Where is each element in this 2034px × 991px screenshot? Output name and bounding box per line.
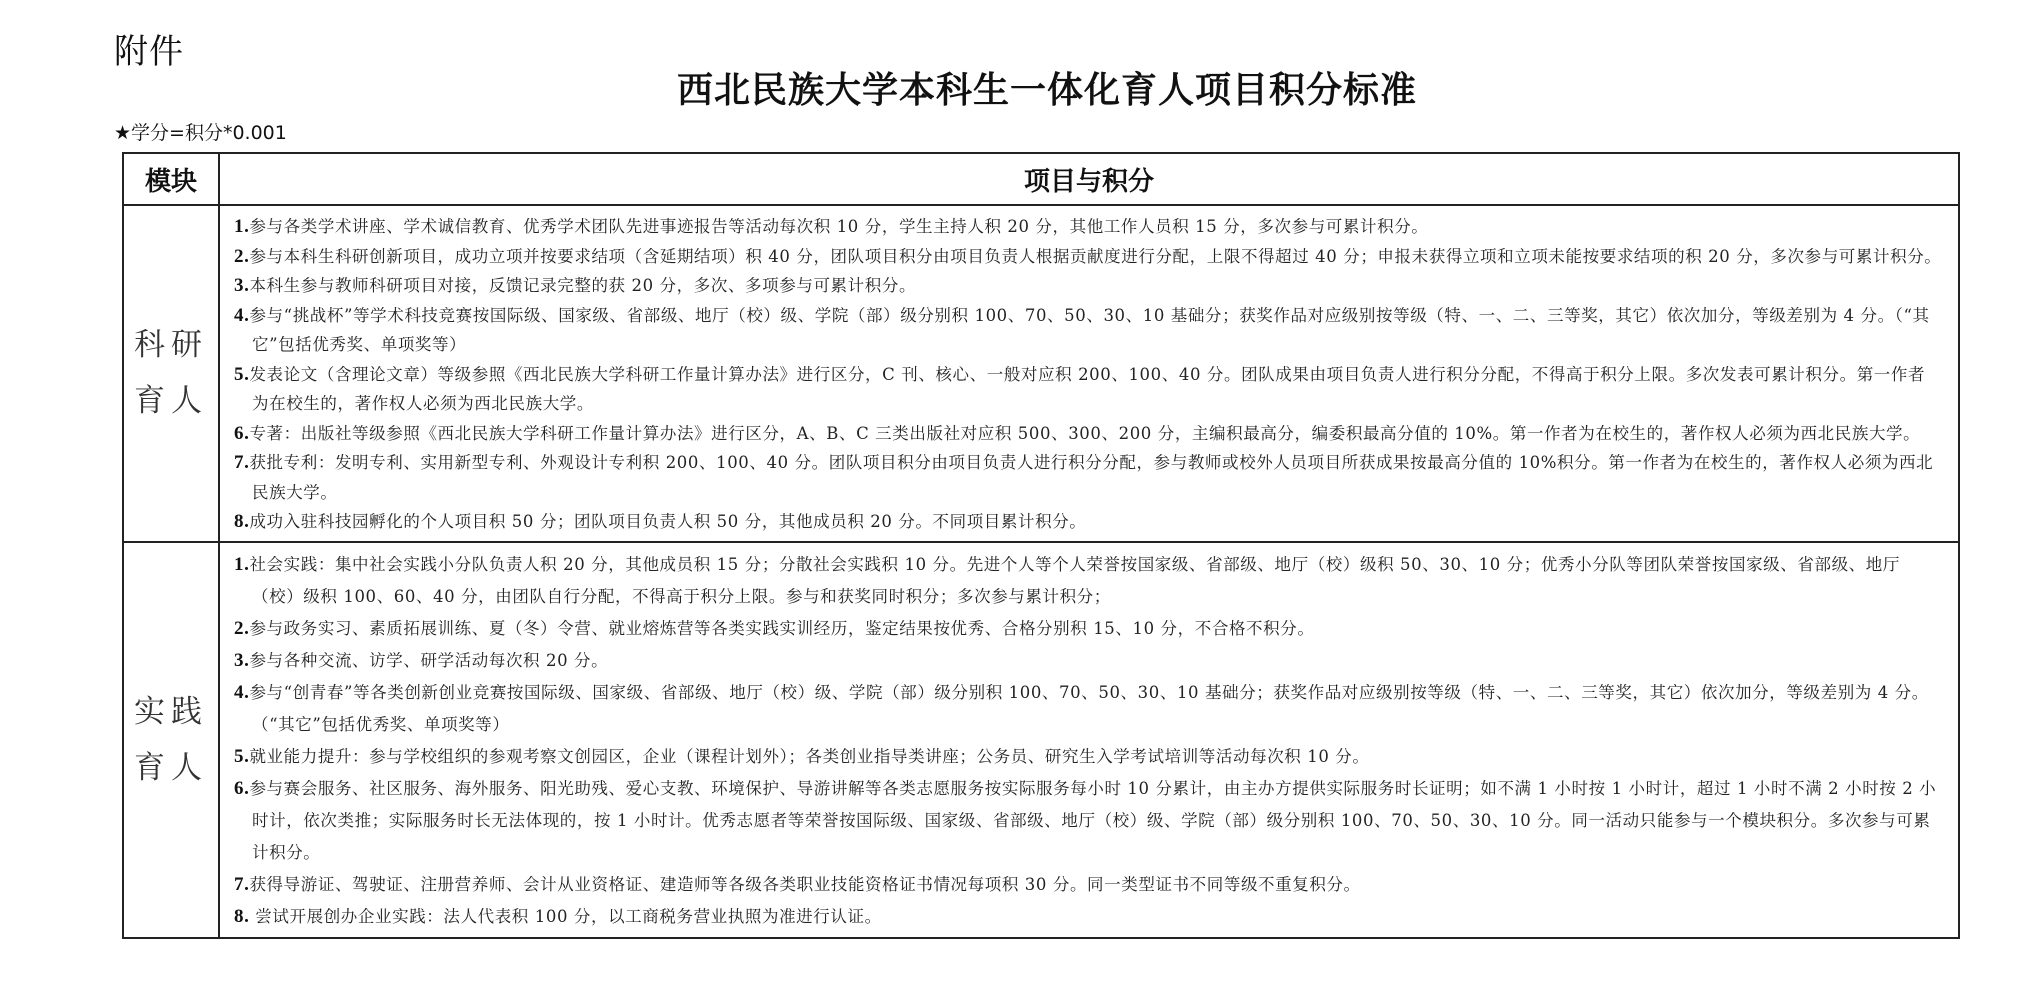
document-title: 西北民族大学本科生一体化育人项目积分标准 bbox=[0, 62, 2034, 113]
item-text: 获得导游证、驾驶证、注册营养师、会计从业资格证、建造师等各级各类职业技能资格证书… bbox=[249, 875, 1360, 894]
item-number: 4. bbox=[234, 305, 249, 326]
item-text: 就业能力提升：参与学校组织的参观考察文创园区，企业（课程计划外）；各类创业指导类… bbox=[249, 747, 1369, 766]
item-number: 1. bbox=[234, 216, 249, 237]
list-item: 8. 尝试开展创办企业实践：法人代表积 100 分，以工商税务营业执照为准进行认… bbox=[234, 901, 1942, 933]
item-number: 8. bbox=[234, 511, 249, 532]
item-number: 8. bbox=[234, 906, 249, 927]
module-name-research: 科研 育人 bbox=[123, 205, 219, 542]
item-number: 3. bbox=[234, 275, 249, 296]
list-item: 3.本科生参与教师科研项目对接，反馈记录完整的获 20 分，多次、多项参与可累计… bbox=[234, 271, 1942, 301]
column-header-module: 模块 bbox=[123, 153, 219, 205]
item-text: 参与各类学术讲座、学术诚信教育、优秀学术团队先进事迹报告等活动每次积 10 分，… bbox=[249, 217, 1428, 236]
item-number: 4. bbox=[234, 682, 249, 703]
item-number: 5. bbox=[234, 364, 249, 385]
list-item: 5.发表论文（含理论文章）等级参照《西北民族大学科研工作量计算办法》进行区分，C… bbox=[234, 360, 1942, 419]
list-item: 2.参与政务实习、素质拓展训练、夏（冬）令营、就业熔炼营等各类实践实训经历，鉴定… bbox=[234, 613, 1942, 645]
item-text: 参与本科生科研创新项目，成功立项并按要求结项（含延期结项）积 40 分，团队项目… bbox=[249, 247, 1941, 266]
item-text: 参与各种交流、访学、研学活动每次积 20 分。 bbox=[249, 651, 608, 670]
list-item: 6.参与赛会服务、社区服务、海外服务、阳光助残、爱心支教、环境保护、导游讲解等各… bbox=[234, 773, 1942, 869]
item-number: 7. bbox=[234, 452, 249, 473]
list-item: 6.专著：出版社等级参照《西北民族大学科研工作量计算办法》进行区分，A、B、C … bbox=[234, 419, 1942, 449]
module-name-line2: 育人 bbox=[125, 373, 217, 429]
list-item: 4.参与“挑战杯”等学术科技竞赛按国际级、国家级、省部级、地厅（校）级、学院（部… bbox=[234, 301, 1942, 360]
item-number: 1. bbox=[234, 554, 249, 575]
points-standard-table: 模块 项目与积分 科研 育人 1.参与各类学术讲座、学术诚信教育、优秀学术团队先… bbox=[122, 152, 1960, 939]
list-item: 2.参与本科生科研创新项目，成功立项并按要求结项（含延期结项）积 40 分，团队… bbox=[234, 242, 1942, 272]
item-number: 2. bbox=[234, 246, 249, 267]
item-text: 获批专利：发明专利、实用新型专利、外观设计专利积 200、100、40 分。团队… bbox=[249, 453, 1933, 502]
item-number: 5. bbox=[234, 746, 249, 767]
module-row-practice: 实践 育人 1.社会实践：集中社会实践小分队负责人积 20 分，其他成员积 15… bbox=[123, 542, 1959, 938]
module-name-practice: 实践 育人 bbox=[123, 542, 219, 938]
item-text: 发表论文（含理论文章）等级参照《西北民族大学科研工作量计算办法》进行区分，C 刊… bbox=[249, 365, 1925, 414]
item-number: 3. bbox=[234, 650, 249, 671]
item-text: 参与赛会服务、社区服务、海外服务、阳光助残、爱心支教、环境保护、导游讲解等各类志… bbox=[249, 779, 1936, 862]
credit-formula-note: ★学分=积分*0.001 bbox=[114, 118, 287, 145]
item-number: 6. bbox=[234, 778, 249, 799]
item-number: 2. bbox=[234, 618, 249, 639]
module-name-line1: 科研 bbox=[125, 317, 217, 373]
item-text: 尝试开展创办企业实践：法人代表积 100 分，以工商税务营业执照为准进行认证。 bbox=[249, 907, 881, 926]
item-text: 本科生参与教师科研项目对接，反馈记录完整的获 20 分，多次、多项参与可累计积分… bbox=[249, 276, 916, 295]
column-header-items-points: 项目与积分 bbox=[219, 153, 1959, 205]
module-name-line1: 实践 bbox=[125, 684, 217, 740]
table-header-row: 模块 项目与积分 bbox=[123, 153, 1959, 205]
item-text: 参与“挑战杯”等学术科技竞赛按国际级、国家级、省部级、地厅（校）级、学院（部）级… bbox=[249, 306, 1929, 355]
module-name-line2: 育人 bbox=[125, 740, 217, 796]
module-row-research: 科研 育人 1.参与各类学术讲座、学术诚信教育、优秀学术团队先进事迹报告等活动每… bbox=[123, 205, 1959, 542]
research-items-list: 1.参与各类学术讲座、学术诚信教育、优秀学术团队先进事迹报告等活动每次积 10 … bbox=[219, 205, 1959, 542]
list-item: 8.成功入驻科技园孵化的个人项目积 50 分；团队项目负责人积 50 分，其他成… bbox=[234, 507, 1942, 537]
item-text: 社会实践：集中社会实践小分队负责人积 20 分，其他成员积 15 分；分散社会实… bbox=[249, 555, 1900, 606]
list-item: 1.参与各类学术讲座、学术诚信教育、优秀学术团队先进事迹报告等活动每次积 10 … bbox=[234, 212, 1942, 242]
list-item: 5.就业能力提升：参与学校组织的参观考察文创园区，企业（课程计划外）；各类创业指… bbox=[234, 741, 1942, 773]
item-text: 参与政务实习、素质拓展训练、夏（冬）令营、就业熔炼营等各类实践实训经历，鉴定结果… bbox=[249, 619, 1314, 638]
practice-items-list: 1.社会实践：集中社会实践小分队负责人积 20 分，其他成员积 15 分；分散社… bbox=[219, 542, 1959, 938]
list-item: 4.参与“创青春”等各类创新创业竞赛按国际级、国家级、省部级、地厅（校）级、学院… bbox=[234, 677, 1942, 741]
list-item: 1.社会实践：集中社会实践小分队负责人积 20 分，其他成员积 15 分；分散社… bbox=[234, 549, 1942, 613]
list-item: 7.获批专利：发明专利、实用新型专利、外观设计专利积 200、100、40 分。… bbox=[234, 448, 1942, 507]
item-number: 7. bbox=[234, 874, 249, 895]
item-text: 专著：出版社等级参照《西北民族大学科研工作量计算办法》进行区分，A、B、C 三类… bbox=[249, 424, 1920, 443]
item-text: 成功入驻科技园孵化的个人项目积 50 分；团队项目负责人积 50 分，其他成员积… bbox=[249, 512, 1086, 531]
item-number: 6. bbox=[234, 423, 249, 444]
list-item: 7.获得导游证、驾驶证、注册营养师、会计从业资格证、建造师等各级各类职业技能资格… bbox=[234, 869, 1942, 901]
item-text: 参与“创青春”等各类创新创业竞赛按国际级、国家级、省部级、地厅（校）级、学院（部… bbox=[249, 683, 1928, 734]
list-item: 3.参与各种交流、访学、研学活动每次积 20 分。 bbox=[234, 645, 1942, 677]
